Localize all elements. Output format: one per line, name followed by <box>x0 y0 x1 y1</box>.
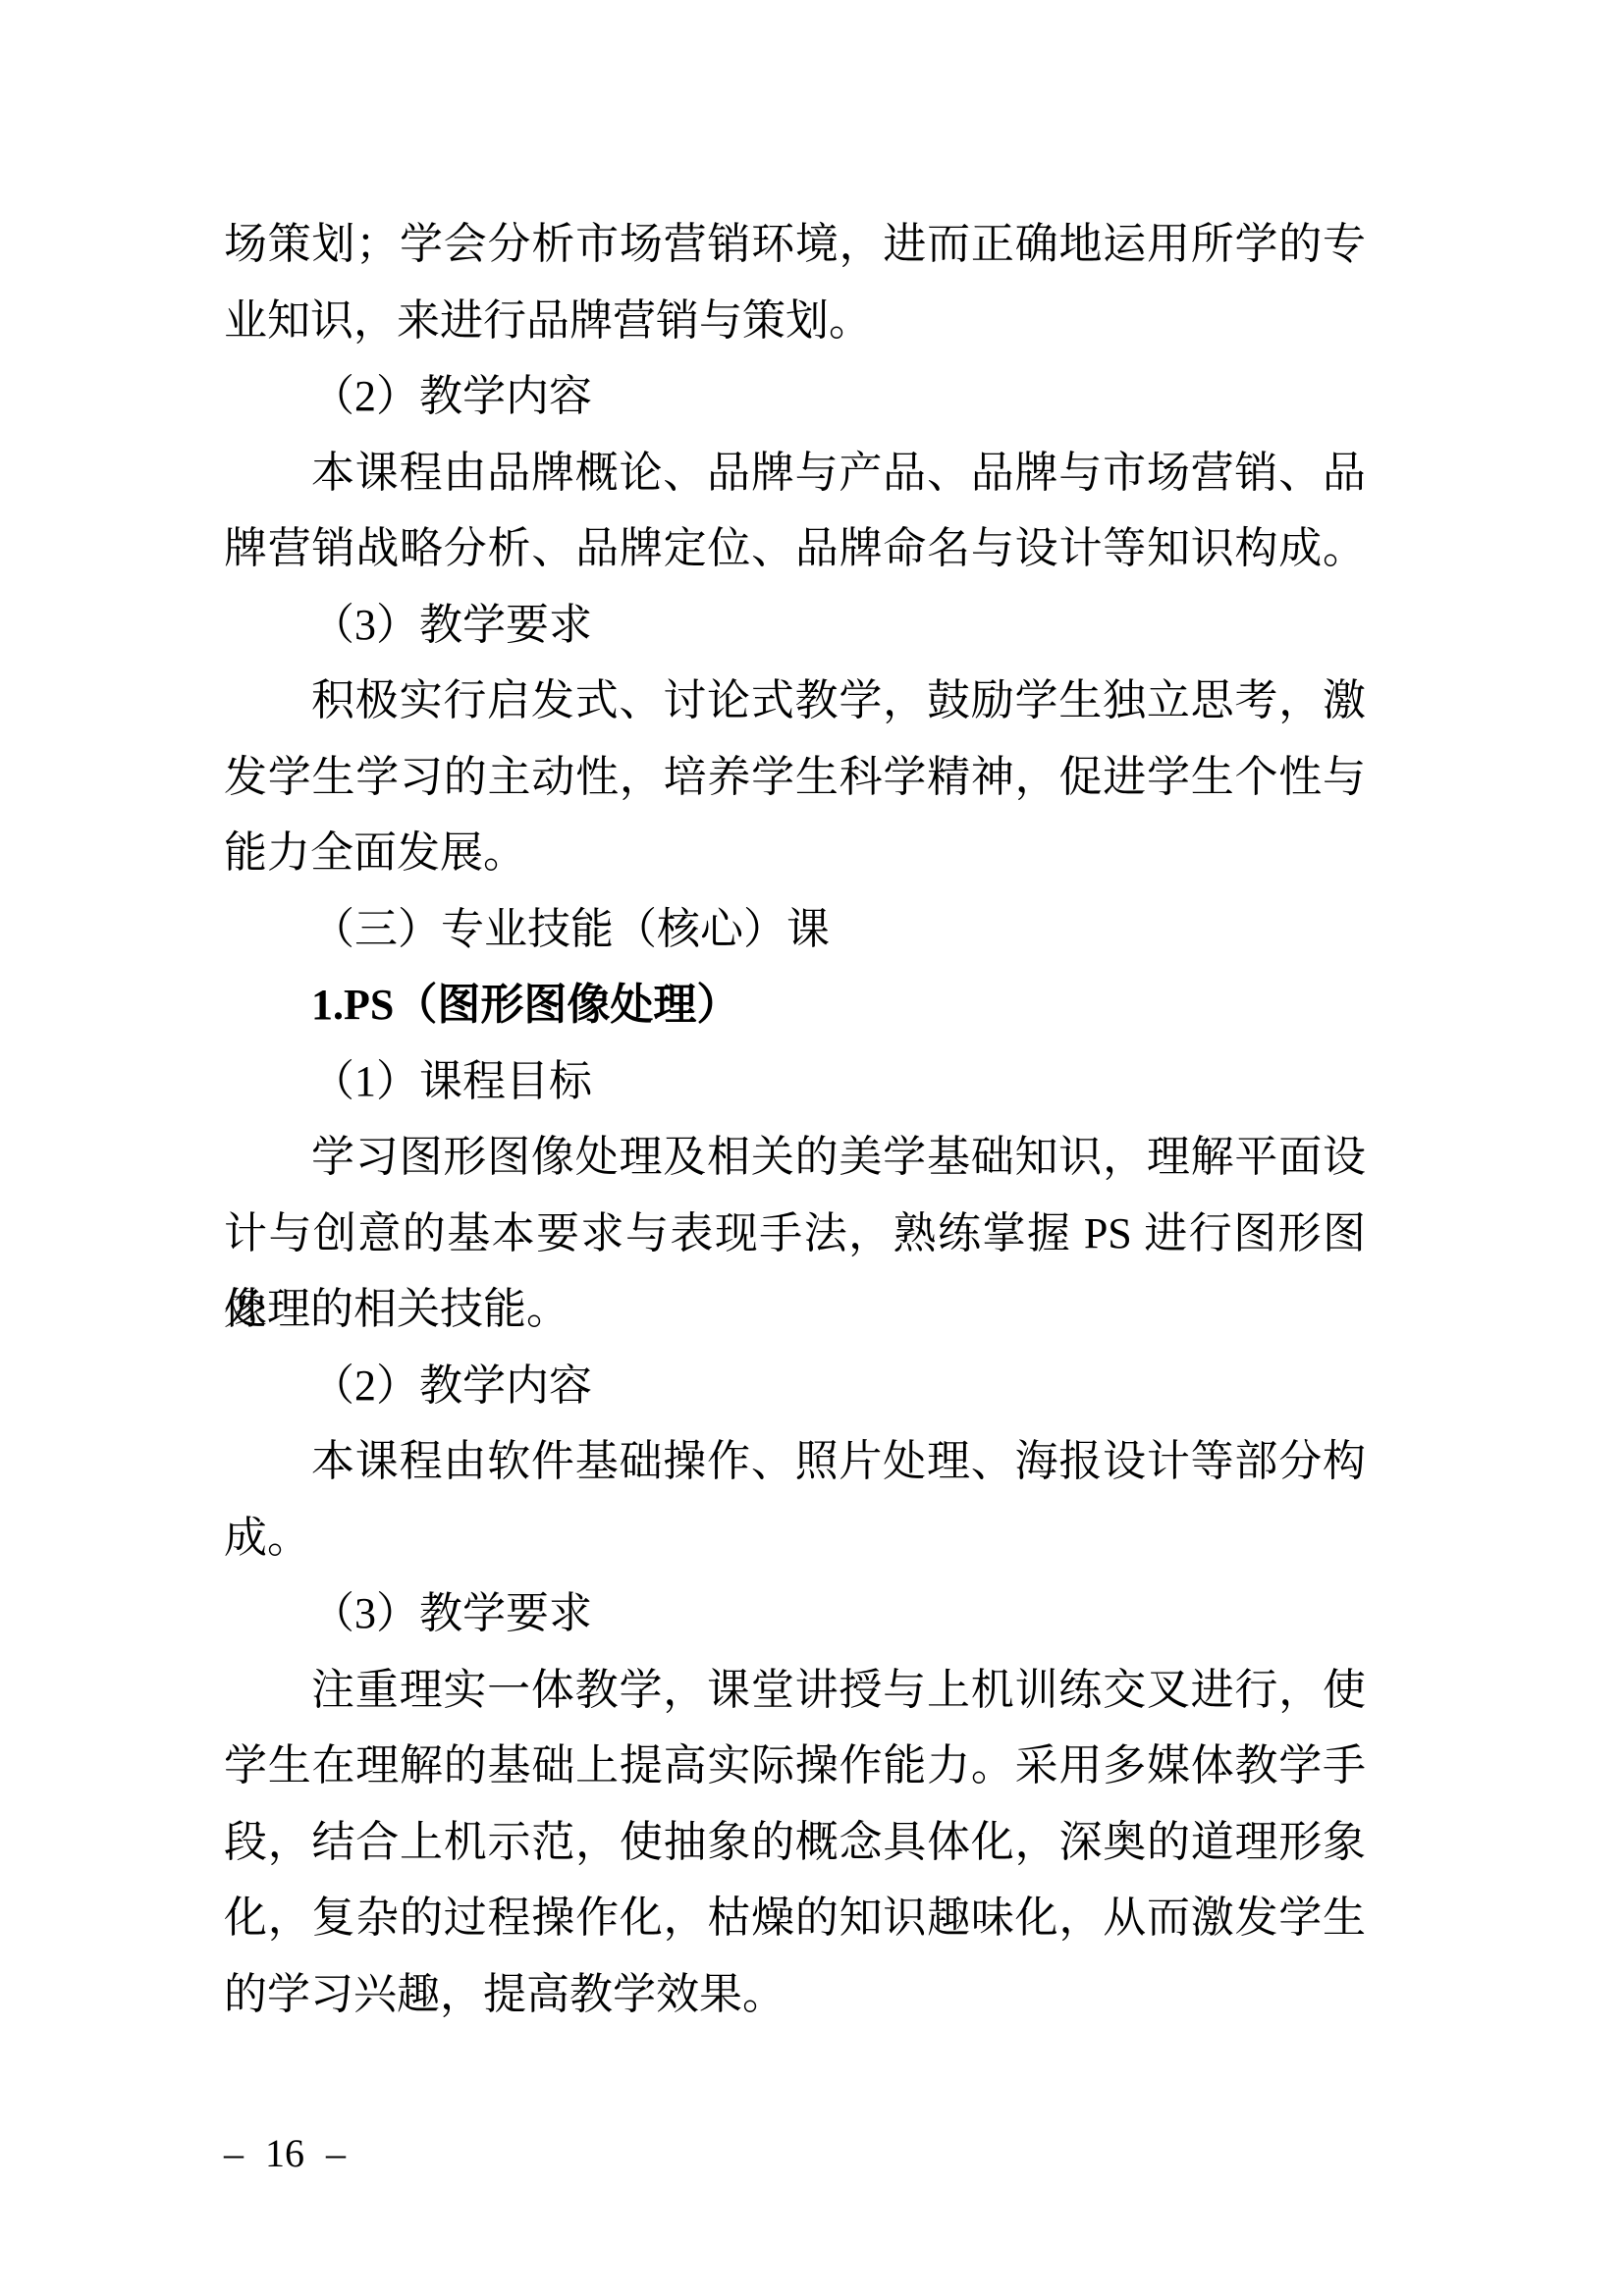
sub-heading-line: （3）教学要求 <box>224 587 1366 664</box>
body-text-line: 处理的相关技能。 <box>224 1271 1366 1348</box>
body-text-line: 计与创意的基本要求与表现手法，熟练掌握 PS 进行图形图像 <box>224 1196 1366 1272</box>
body-text-line: 化，复杂的过程操作化，枯燥的知识趣味化，从而激发学生 <box>224 1880 1366 1956</box>
sub-heading-line: （3）教学要求 <box>224 1575 1366 1652</box>
body-text-line: 场策划；学会分析市场营销环境，进而正确地运用所学的专 <box>224 206 1366 283</box>
body-text-line: 的学习兴趣，提高教学效果。 <box>224 1956 1366 2033</box>
sub-heading-line: （1）课程目标 <box>224 1043 1366 1120</box>
body-text-line: 段，结合上机示范，使抽象的概念具体化，深奥的道理形象 <box>224 1804 1366 1881</box>
section-heading-line: （三）专业技能（核心）课 <box>224 891 1366 968</box>
body-text-line: 发学生学习的主动性，培养学生科学精神，促进学生个性与 <box>224 739 1366 816</box>
body-text-line: 注重理实一体教学，课堂讲授与上机训练交叉进行，使 <box>224 1652 1366 1729</box>
body-text-line: 本课程由品牌概论、品牌与产品、品牌与市场营销、品 <box>224 435 1366 511</box>
body-text-line: 本课程由软件基础操作、照片处理、海报设计等部分构 <box>224 1423 1366 1500</box>
course-title-line: 1.PS（图形图像处理） <box>224 967 1366 1043</box>
body-text-line: 学生在理解的基础上提高实际操作能力。采用多媒体教学手 <box>224 1728 1366 1804</box>
document-page: 场策划；学会分析市场营销环境，进而正确地运用所学的专业知识，来进行品牌营销与策划… <box>0 0 1624 2296</box>
body-text-line: 学习图形图像处理及相关的美学基础知识，理解平面设 <box>224 1119 1366 1196</box>
body-text-line: 成。 <box>224 1500 1366 1576</box>
document-body: 场策划；学会分析市场营销环境，进而正确地运用所学的专业知识，来进行品牌营销与策划… <box>224 206 1366 2032</box>
body-text-line: 能力全面发展。 <box>224 815 1366 891</box>
body-text-line: 牌营销战略分析、品牌定位、品牌命名与设计等知识构成。 <box>224 510 1366 587</box>
page-number: – 16 – <box>224 2132 346 2175</box>
body-text-line: 业知识，来进行品牌营销与策划。 <box>224 283 1366 359</box>
sub-heading-line: （2）教学内容 <box>224 1348 1366 1424</box>
body-text-line: 积极实行启发式、讨论式教学，鼓励学生独立思考，激 <box>224 663 1366 739</box>
sub-heading-line: （2）教学内容 <box>224 358 1366 435</box>
